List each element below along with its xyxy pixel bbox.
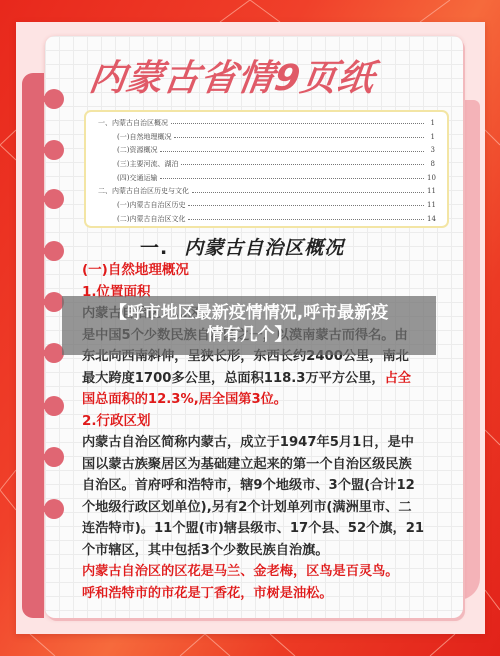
paragraph-line: 连浩特市)。11个盟(市)辖县级市、17个县、52个旗，21: [82, 518, 454, 540]
paragraph-line: 国以蒙古族聚居区为基础建立起来的第一个自治区级民族: [82, 454, 454, 476]
toc-row: (一)内蒙古自治区历史 11: [98, 198, 435, 212]
toc-label: 二、内蒙古自治区历史与文化: [98, 186, 189, 196]
table-of-contents: 一、内蒙古自治区概况 1 (一)自然地理概况 1 (二)资源概况 3 (三)主要…: [84, 110, 449, 228]
toc-row: (一)自然地理概况 1: [98, 130, 435, 144]
paragraph-line: 自治区。首府呼和浩特市，辖9个地级市、3个盟(合计12: [82, 475, 454, 497]
toc-row: (四)交通运输 10: [98, 171, 435, 185]
item-heading: 2.行政区划: [82, 411, 454, 433]
headline-line: 情有几个】: [62, 324, 436, 346]
paragraph-line: 最大跨度1700多公里，总面积118.3万平方公里，占全: [82, 368, 454, 390]
headline-line: 【呼市地区最新疫情情况,呼市最新疫: [62, 302, 436, 324]
emphasis-text: 占全: [385, 371, 411, 386]
paragraph-line: 内蒙古自治区简称内蒙古，成立于1947年5月1日，是中: [82, 432, 454, 454]
binder-ring-icon: [44, 189, 64, 209]
toc-label: 一、内蒙古自治区概况: [98, 118, 168, 128]
toc-page-number: 11: [427, 201, 435, 209]
paragraph-line: 个地级行政区划单位),另有2个计划单列市(满洲里市、二: [82, 497, 454, 519]
emphasis-line: 内蒙古自治区的区花是马兰、金老梅，区鸟是百灵鸟。: [82, 561, 454, 583]
toc-row: 一、内蒙古自治区概况 1: [98, 116, 435, 130]
toc-row: (三)主要河流、湖泊 8: [98, 157, 435, 171]
paragraph-text: 最大跨度1700多公里，总面积118.3万平方公里，: [82, 371, 385, 386]
toc-leader-dots: [188, 205, 424, 206]
toc-page-number: 1: [427, 133, 435, 141]
toc-leader-dots: [181, 164, 424, 165]
toc-page-number: 10: [427, 174, 435, 182]
paragraph-line: 个市辖区，其中包括3个少数民族自治旗。: [82, 540, 454, 562]
subsection-heading: (一)自然地理概况: [82, 260, 454, 282]
poster-title: 内蒙古省情9页纸: [86, 50, 453, 101]
toc-leader-dots: [188, 219, 424, 220]
toc-label: (三)主要河流、湖泊: [98, 159, 178, 169]
toc-leader-dots: [160, 178, 424, 179]
section-number: 一.: [140, 237, 168, 259]
binder-ring-icon: [44, 499, 64, 519]
toc-label: (一)内蒙古自治区历史: [98, 200, 185, 210]
section-heading: 一.内蒙古自治区概况: [140, 233, 344, 260]
toc-row: 二、内蒙古自治区历史与文化 11: [98, 184, 435, 198]
toc-label: (二)内蒙古自治区文化: [98, 214, 185, 224]
toc-label: (二)资源概况: [98, 145, 157, 155]
toc-leader-dots: [160, 151, 424, 152]
binder-ring-icon: [44, 241, 64, 261]
toc-page-number: 3: [427, 146, 435, 154]
binder-ring-icon: [44, 396, 64, 416]
toc-label: (四)交通运输: [98, 173, 157, 183]
toc-row: (二)资源概况 3: [98, 143, 435, 157]
binder-ring-icon: [44, 343, 64, 363]
emphasis-line: 国总面积的12.3%,居全国第3位。: [82, 389, 454, 411]
emphasis-line: 呼和浩特市的市花是丁香花，市树是油松。: [82, 583, 454, 605]
binder-ring-icon: [44, 140, 64, 160]
toc-row: (二)内蒙古自治区文化 14: [98, 212, 435, 226]
binder-ring-icon: [44, 292, 64, 312]
toc-label: (一)自然地理概况: [98, 132, 171, 142]
binder-bar: [22, 73, 44, 618]
headline-overlay: 【呼市地区最新疫情情况,呼市最新疫 情有几个】: [62, 296, 436, 355]
toc-page-number: 1: [427, 119, 435, 127]
toc-leader-dots: [174, 137, 424, 138]
toc-leader-dots: [171, 123, 424, 124]
binder-ring-icon: [44, 89, 64, 109]
section-title: 内蒙古自治区概况: [184, 237, 344, 259]
toc-leader-dots: [192, 192, 424, 193]
toc-page-number: 8: [427, 160, 435, 168]
toc-page-number: 14: [427, 215, 435, 223]
toc-page-number: 11: [427, 187, 435, 195]
binder-ring-icon: [44, 447, 64, 467]
